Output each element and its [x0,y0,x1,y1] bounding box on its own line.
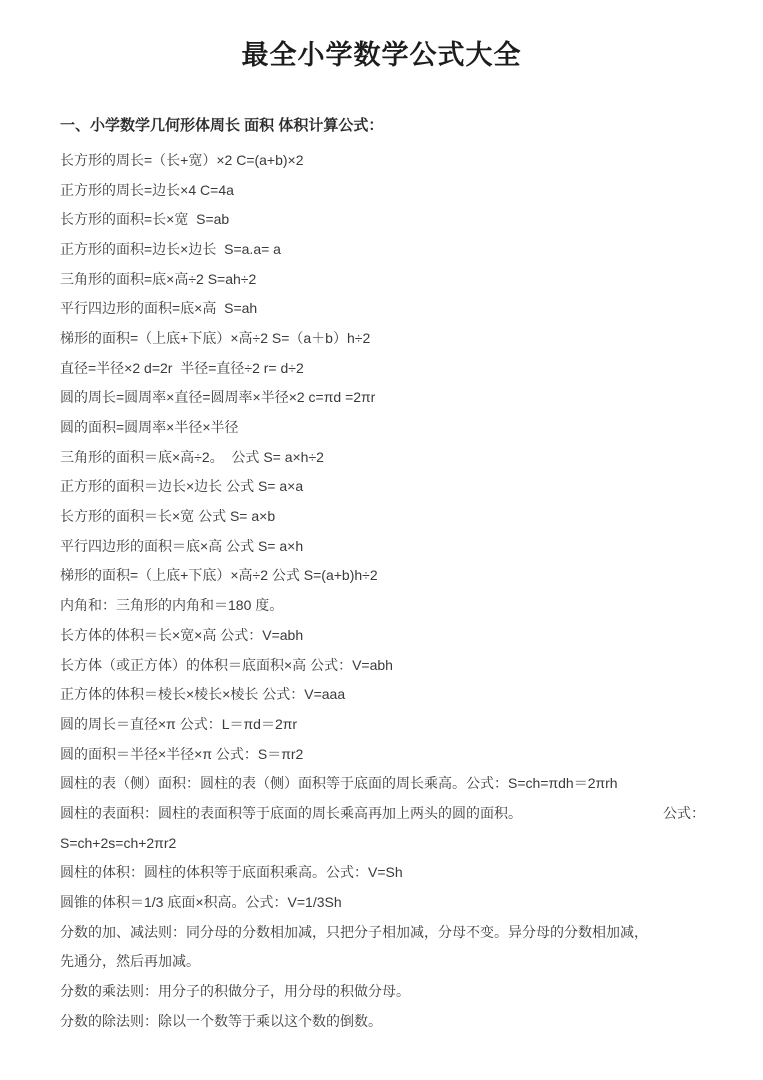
formula-line: 长方形的面积＝长×宽 公式 S= a×b [60,501,705,531]
formula-line: 圆的周长＝直径×π 公式：L＝πd＝2πr [60,709,705,739]
formula-text: 梯形的面积=（上底+下底）×高÷2 公式 S=(a+b)h÷2 [60,565,378,585]
formula-text: 长方形的面积＝长×宽 公式 S= a×b [60,506,275,526]
formula-text: 分数的除法则：除以一个数等于乘以这个数的倒数。 [60,1011,382,1031]
formula-line: 长方体（或正方体）的体积＝底面积×高 公式：V=abh [60,650,705,680]
formula-text: 圆柱的表（侧）面积：圆柱的表（侧）面积等于底面的周长乘高。公式：S=ch=πdh… [60,773,618,793]
formula-line: 平行四边形的面积＝底×高 公式 S= a×h [60,531,705,561]
formula-line: 圆的面积＝半径×半径×π 公式：S＝πr2 [60,739,705,769]
formula-text: 圆的周长=圆周率×直径=圆周率×半径×2 c=πd =2πr [60,387,375,407]
formula-text: 圆锥的体积＝1/3 底面×积高。公式：V=1/3Sh [60,892,342,912]
formula-text: 圆的面积=圆周率×半径×半径 [60,417,239,437]
document-title: 最全小学数学公式大全 [0,0,763,74]
formula-line: 分数的除法则：除以一个数等于乘以这个数的倒数。 [60,1006,705,1036]
formula-text: 分数的乘法则：用分子的积做分子，用分母的积做分母。 [60,981,410,1001]
formula-line: 三角形的面积=底×高÷2 S=ah÷2 [60,264,705,294]
formula-text: 正方形的周长=边长×4 C=4a [60,180,234,200]
formula-line: 正方形的面积＝边长×边长 公式 S= a×a [60,472,705,502]
formula-text: 正方形的面积=边长×边长 S=a.a= a [60,239,281,259]
section-heading: 一、小学数学几何形体周长 面积 体积计算公式： [60,116,703,136]
formula-line: 正方形的周长=边长×4 C=4a [60,175,705,205]
formula-text: S=ch+2s=ch+2πr2 [60,835,176,851]
formula-line: 正方形的面积=边长×边长 S=a.a= a [60,234,705,264]
formula-text: 圆柱的体积：圆柱的体积等于底面积乘高。公式：V=Sh [60,862,403,882]
formula-line: 直径=半径×2 d=2r 半径=直径÷2 r= d÷2 [60,353,705,383]
formula-line: 先通分，然后再加减。 [60,947,705,977]
formula-line: 长方形的面积=长×宽 S=ab [60,204,705,234]
formula-text: 正方形的面积＝边长×边长 公式 S= a×a [60,476,303,496]
formula-line: 圆柱的体积：圆柱的体积等于底面积乘高。公式：V=Sh [60,858,705,888]
formula-line: 圆柱的表（侧）面积：圆柱的表（侧）面积等于底面的周长乘高。公式：S=ch=πdh… [60,768,705,798]
formula-text: 三角形的面积=底×高÷2 S=ah÷2 [60,269,256,289]
formula-line: 长方体的体积＝长×宽×高 公式：V=abh [60,620,705,650]
formula-line: 圆锥的体积＝1/3 底面×积高。公式：V=1/3Sh [60,887,705,917]
formula-line: 内角和：三角形的内角和＝180 度。 [60,590,705,620]
document-page: 最全小学数学公式大全 一、小学数学几何形体周长 面积 体积计算公式： 长方形的周… [0,0,763,1080]
formula-lines: 长方形的周长=（长+宽）×2 C=(a+b)×2正方形的周长=边长×4 C=4a… [60,145,705,1036]
formula-text: 分数的加、减法则：同分母的分数相加减，只把分子相加减，分母不变。异分母的分数相加… [60,922,648,942]
formula-text: 圆的周长＝直径×π 公式：L＝πd＝2πr [60,714,297,734]
formula-text: 内角和：三角形的内角和＝180 度。 [60,595,283,615]
formula-line: 梯形的面积=（上底+下底）×高÷2 S=（a＋b）h÷2 [60,323,705,353]
formula-text: 先通分，然后再加减。 [60,951,200,971]
formula-text: 正方体的体积＝棱长×棱长×棱长 公式：V=aaa [60,684,345,704]
formula-text: 梯形的面积=（上底+下底）×高÷2 S=（a＋b）h÷2 [60,328,370,348]
formula-text: 长方体的体积＝长×宽×高 公式：V=abh [60,625,303,645]
formula-text: 三角形的面积＝底×高÷2。 公式 S= a×h÷2 [60,447,324,467]
formula-text: 圆柱的表面积：圆柱的表面积等于底面的周长乘高再加上两头的圆的面积。 [60,803,522,823]
formula-line: 圆的周长=圆周率×直径=圆周率×半径×2 c=πd =2πr [60,383,705,413]
formula-line: 分数的乘法则：用分子的积做分子，用分母的积做分母。 [60,976,705,1006]
formula-text: 平行四边形的面积=底×高 S=ah [60,298,257,318]
formula-line: S=ch+2s=ch+2πr2 [60,828,705,858]
formula-text: 长方体（或正方体）的体积＝底面积×高 公式：V=abh [60,655,393,675]
formula-line: 圆的面积=圆周率×半径×半径 [60,412,705,442]
formula-text-right: 公式： [663,803,705,823]
formula-text: 直径=半径×2 d=2r 半径=直径÷2 r= d÷2 [60,358,304,378]
formula-text: 长方形的面积=长×宽 S=ab [60,209,229,229]
formula-line: 梯形的面积=（上底+下底）×高÷2 公式 S=(a+b)h÷2 [60,561,705,591]
formula-text: 长方形的周长=（长+宽）×2 C=(a+b)×2 [60,150,304,170]
formula-text: 平行四边形的面积＝底×高 公式 S= a×h [60,536,303,556]
formula-line: 平行四边形的面积=底×高 S=ah [60,293,705,323]
formula-line: 三角形的面积＝底×高÷2。 公式 S= a×h÷2 [60,442,705,472]
formula-line: 长方形的周长=（长+宽）×2 C=(a+b)×2 [60,145,705,175]
formula-line: 圆柱的表面积：圆柱的表面积等于底面的周长乘高再加上两头的圆的面积。公式： [60,798,705,828]
formula-text: 圆的面积＝半径×半径×π 公式：S＝πr2 [60,744,303,764]
formula-line: 正方体的体积＝棱长×棱长×棱长 公式：V=aaa [60,679,705,709]
formula-line: 分数的加、减法则：同分母的分数相加减，只把分子相加减，分母不变。异分母的分数相加… [60,917,705,947]
